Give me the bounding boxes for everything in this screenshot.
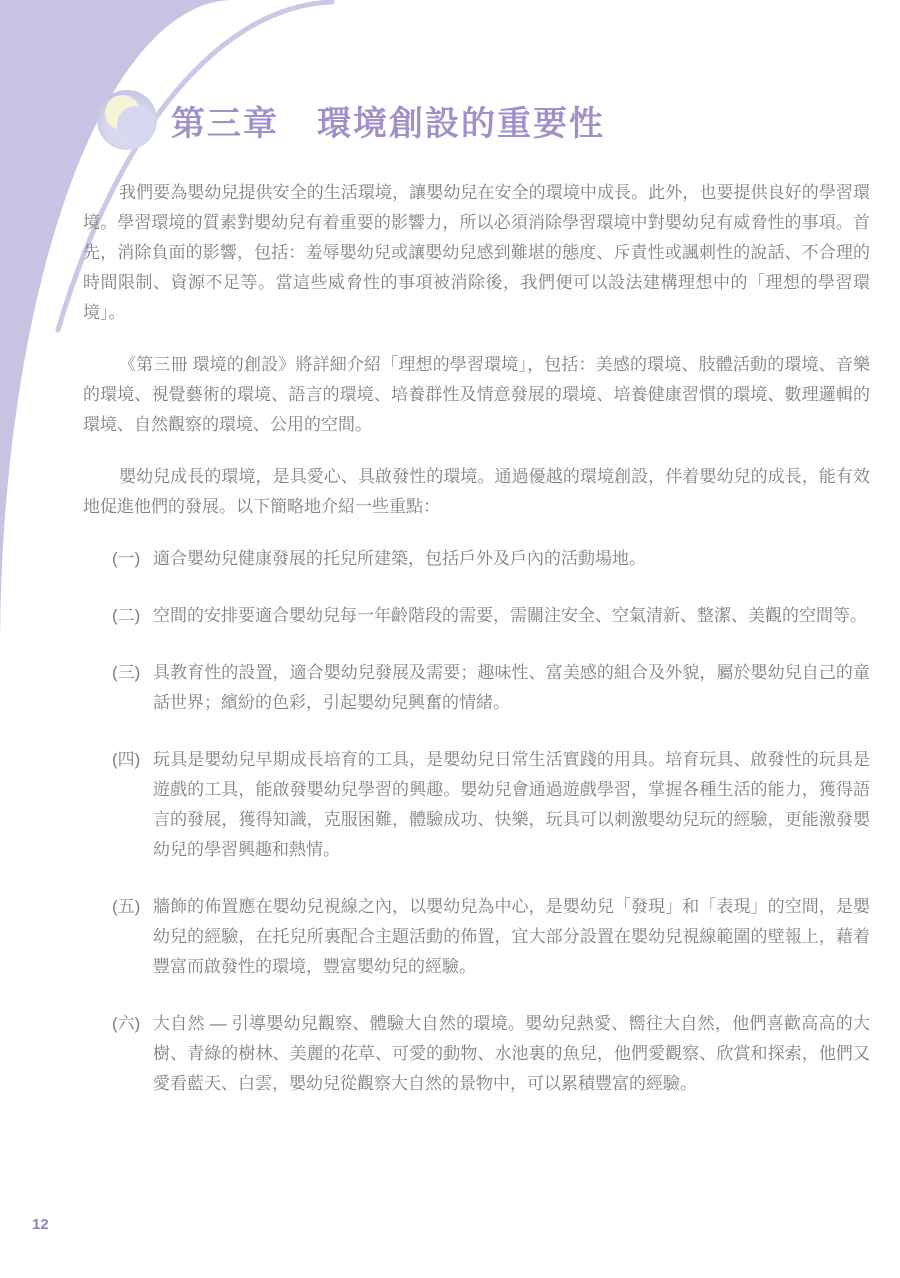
list-item: (三) 具教育性的設置，適合嬰幼兒發展及需要；趣味性、富美感的組合及外貌，屬於嬰… bbox=[112, 658, 870, 718]
list-item-text: 具教育性的設置，適合嬰幼兒發展及需要；趣味性、富美感的組合及外貌，屬於嬰幼兒自己… bbox=[153, 658, 870, 718]
list-item-marker: (五) bbox=[112, 892, 153, 982]
key-points-list: (一) 適合嬰幼兒健康發展的托兒所建築，包括戶外及戶內的活動場地。 (二) 空間… bbox=[112, 544, 870, 1099]
list-item-marker: (三) bbox=[112, 658, 153, 718]
list-item-marker: (六) bbox=[112, 1009, 153, 1099]
chapter-number: 第三章 bbox=[171, 105, 279, 143]
list-item: (二) 空間的安排要適合嬰幼兒每一年齡階段的需要，需關注安全、空氣清新、整潔、美… bbox=[112, 601, 870, 631]
list-item-text: 牆飾的佈置應在嬰幼兒視線之內，以嬰幼兒為中心，是嬰幼兒「發現」和「表現」的空間，… bbox=[153, 892, 870, 982]
list-item-text: 大自然 — 引導嬰幼兒觀察、體驗大自然的環境。嬰幼兒熱愛、嚮往大自然，他們喜歡高… bbox=[153, 1009, 870, 1099]
paragraph-intro: 我們要為嬰幼兒提供安全的生活環境，讓嬰幼兒在安全的環境中成長。此外，也要提供良好… bbox=[83, 178, 870, 328]
list-item-marker: (一) bbox=[112, 544, 153, 574]
list-item: (六) 大自然 — 引導嬰幼兒觀察、體驗大自然的環境。嬰幼兒熱愛、嚮往大自然，他… bbox=[112, 1009, 870, 1099]
chapter-header: 第三章環境創設的重要性 bbox=[97, 90, 900, 150]
list-item-text: 玩具是嬰幼兒早期成長培育的工具，是嬰幼兒日常生活實踐的用具。培育玩具、啟發性的玩… bbox=[153, 745, 870, 865]
pearl-sphere-icon bbox=[97, 90, 157, 150]
page-body: 我們要為嬰幼兒提供安全的生活環境，讓嬰幼兒在安全的環境中成長。此外，也要提供良好… bbox=[83, 178, 870, 1099]
list-item-text: 適合嬰幼兒健康發展的托兒所建築，包括戶外及戶內的活動場地。 bbox=[153, 544, 870, 574]
paragraph-keypoints-intro: 嬰幼兒成長的環境，是具愛心、具啟發性的環境。通過優越的環境創設，伴着嬰幼兒的成長… bbox=[83, 462, 870, 522]
list-item-marker: (二) bbox=[112, 601, 153, 631]
chapter-name: 環境創設的重要性 bbox=[317, 105, 605, 143]
paragraph-volume3: 《第三冊 環境的創設》將詳細介紹「理想的學習環境」，包括：美感的環境、肢體活動的… bbox=[83, 350, 870, 440]
list-item: (五) 牆飾的佈置應在嬰幼兒視線之內，以嬰幼兒為中心，是嬰幼兒「發現」和「表現」… bbox=[112, 892, 870, 982]
chapter-title: 第三章環境創設的重要性 bbox=[171, 96, 605, 145]
list-item-text: 空間的安排要適合嬰幼兒每一年齡階段的需要，需關注安全、空氣清新、整潔、美觀的空間… bbox=[153, 601, 870, 631]
list-item: (一) 適合嬰幼兒健康發展的托兒所建築，包括戶外及戶內的活動場地。 bbox=[112, 544, 870, 574]
list-item: (四) 玩具是嬰幼兒早期成長培育的工具，是嬰幼兒日常生活實踐的用具。培育玩具、啟… bbox=[112, 745, 870, 865]
list-item-marker: (四) bbox=[112, 745, 153, 865]
page-number: 12 bbox=[32, 1216, 49, 1233]
